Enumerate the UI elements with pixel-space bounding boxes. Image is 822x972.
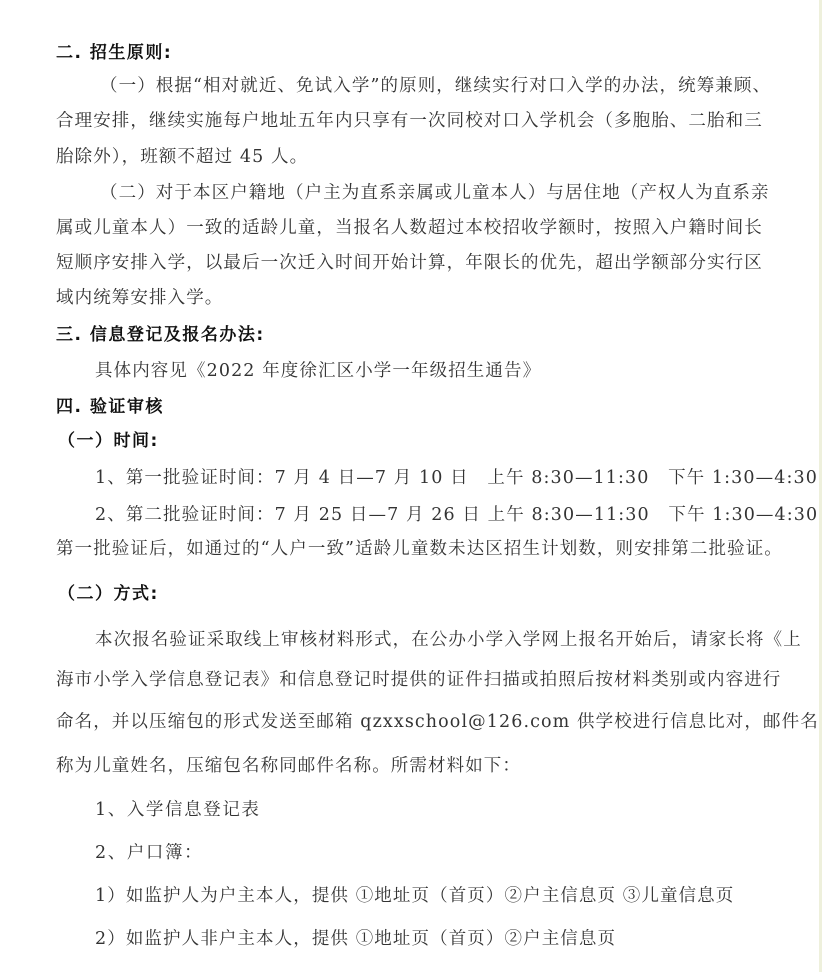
material-subitem-1: 1）如监护人为户主本人，提供 ①地址页（首页）②户主信息页 ③儿童信息页 bbox=[95, 885, 734, 907]
section-4-time-heading: （一）时间: bbox=[58, 430, 159, 452]
section-2-paragraph-1-line-2: 合理安排，继续实施每户地址五年内只享有一次同校对口入学机会（多胞胎、二胎和三 bbox=[56, 110, 763, 132]
section-2-paragraph-1-line-1: （一）根据“相对就近、免试入学”的原则，继续实行对口入学的办法，统筹兼顾、 bbox=[100, 75, 771, 97]
section-2-paragraph-2-line-1: （二）对于本区户籍地（户主为直系亲属或儿童本人）与居住地（产权人为直系亲 bbox=[100, 182, 770, 204]
section-4-heading: 四. 验证审核 bbox=[56, 396, 164, 418]
section-2-heading: 二. 招生原则: bbox=[56, 42, 172, 64]
section-2-paragraph-2-line-3: 短顺序安排入学，以最后一次迁入时间开始计算，年限长的优先，超出学额部分实行区 bbox=[56, 252, 763, 274]
section-2-paragraph-2-line-4: 域内统筹安排入学。 bbox=[56, 287, 223, 309]
material-item-2: 2、户口簿： bbox=[95, 842, 203, 864]
section-2-paragraph-2-line-2: 属或儿童本人）一致的适龄儿童，当报名人数超过本校招收学额时，按照入户籍时间长 bbox=[56, 217, 763, 239]
method-paragraph-line-3: 命名，并以压缩包的形式发送至邮箱 qzxxschool@126.com 供学校进… bbox=[56, 711, 819, 733]
material-item-1: 1、入学信息登记表 bbox=[95, 799, 261, 821]
section-2-paragraph-1-line-3: 胎除外），班额不超过 45 人。 bbox=[56, 146, 308, 168]
method-paragraph-line-1: 本次报名验证采取线上审核材料形式，在公办小学入学网上报名开始后，请家长将《上 bbox=[95, 629, 802, 651]
verification-note: 第一批验证后，如通过的“人户一致”适龄儿童数未达区招生计划数，则安排第二批验证。 bbox=[56, 538, 783, 560]
method-paragraph-line-4: 称为儿童姓名，压缩包名称同邮件名称。所需材料如下： bbox=[56, 755, 521, 777]
section-3-text: 具体内容见《2022 年度徐汇区小学一年级招生通告》 bbox=[95, 360, 541, 382]
material-subitem-2: 2）如监护人非户主本人，提供 ①地址页（首页）②户主信息页 bbox=[95, 928, 616, 950]
section-4-method-heading: （二）方式: bbox=[58, 583, 159, 605]
method-paragraph-line-2: 海市小学入学信息登记表》和信息登记时提供的证件扫描或拍照后按材料类别或内容进行 bbox=[56, 669, 781, 691]
section-3-heading: 三. 信息登记及报名办法: bbox=[56, 324, 265, 346]
verification-batch-1: 1、第一批验证时间：7 月 4 日—7 月 10 日 上午 8:30—11:30… bbox=[95, 467, 818, 489]
verification-batch-2: 2、第二批验证时间：7 月 25 日—7 月 26 日 上午 8:30—11:3… bbox=[95, 504, 818, 526]
